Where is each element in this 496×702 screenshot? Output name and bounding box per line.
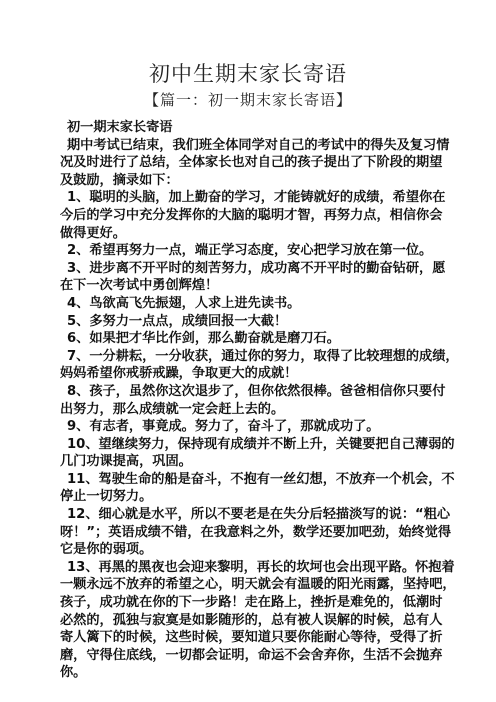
text-line: 5、多努力一点点，成绩回报一大截！: [60, 313, 436, 331]
text-line: 初一期末家长寄语: [60, 119, 436, 137]
text-line: 几门功课提高，巩固。: [60, 453, 436, 471]
text-line: 在下一次考试中勇创辉煌！: [60, 277, 436, 295]
text-line: 停止一切努力。: [60, 488, 436, 506]
document-title: 初中生期末家长寄语: [0, 58, 496, 88]
text-line: 孩子，成功就在你的下一步路！走在路上，挫折是难免的，低潮时: [60, 594, 436, 612]
text-line: 磨，守得住底线，一切都会证明，命运不会舍弃你，生活不会抛弃: [60, 647, 436, 665]
text-line: 它是你的弱项。: [60, 541, 436, 559]
document-page: 初中生期末家长寄语 【篇一：初一期末家长寄语】 初一期末家长寄语期中考试已结束，…: [0, 0, 496, 702]
text-line: 你。: [60, 664, 436, 682]
text-line: 2、希望再努力一点，端正学习态度，安心把学习放在第一位。: [60, 242, 436, 260]
text-line: 3、进步离不开平时的刻苦努力，成功离不开平时的勤奋钻研，愿: [60, 260, 436, 278]
text-line: 12、细心就是水平，所以不要老是在失分后轻描淡写的说：“粗心: [60, 506, 436, 524]
text-line: 出努力，那么成绩就一定会赶上去的。: [60, 401, 436, 419]
text-line: 做得更好。: [60, 225, 436, 243]
text-line: 期中考试已结束，我们班全体同学对自己的考试中的得失及复习情: [60, 137, 436, 155]
text-line: 7、一分耕耘，一分收获，通过你的努力，取得了比较理想的成绩，: [60, 348, 436, 366]
text-line: 妈妈希望你戒骄戒躁，争取更大的成就！: [60, 365, 436, 383]
text-line: 呀！”；英语成绩不错，在我意料之外，数学还要加吧劲，始终觉得: [60, 524, 436, 542]
section-heading: 【篇一：初一期末家长寄语】: [0, 89, 496, 110]
text-line: 寄人篱下的时候，这些时候，要知道只要你能耐心等待，受得了折: [60, 629, 436, 647]
text-line: 1、聪明的头脑，加上勤奋的学习，才能铸就好的成绩，希望你在: [60, 189, 436, 207]
text-line: 10、望继续努力，保持现有成绩并不断上升，关键要把自己薄弱的: [60, 436, 436, 454]
text-line: 必然的，孤独与寂寞是如影随形的，总有被人误解的时候，总有人: [60, 612, 436, 630]
text-line: 9、有志者，事竟成。努力了，奋斗了，那就成功了。: [60, 418, 436, 436]
text-line: 一颗永远不放弃的希望之心，明天就会有温暖的阳光雨露，坚持吧，: [60, 576, 436, 594]
text-line: 8、孩子，虽然你这次退步了，但你依然很棒。爸爸相信你只要付: [60, 383, 436, 401]
document-body: 初一期末家长寄语期中考试已结束，我们班全体同学对自己的考试中的得失及复习情况及时…: [60, 119, 436, 682]
text-line: 11、驾驶生命的船是奋斗，不抱有一丝幻想，不放弃一个机会，不: [60, 471, 436, 489]
text-line: 况及时进行了总结，全体家长也对自己的孩子提出了下阶段的期望: [60, 154, 436, 172]
text-line: 4、鸟欲高飞先振翅，人求上进先读书。: [60, 295, 436, 313]
text-line: 今后的学习中充分发挥你的大脑的聪明才智，再努力点，相信你会: [60, 207, 436, 225]
text-line: 13、再黑的黑夜也会迎来黎明，再长的坎坷也会出现平路。怀抱着: [60, 559, 436, 577]
text-line: 及鼓励，摘录如下：: [60, 172, 436, 190]
text-line: 6、如果把才华比作剑，那么勤奋就是磨刀石。: [60, 330, 436, 348]
